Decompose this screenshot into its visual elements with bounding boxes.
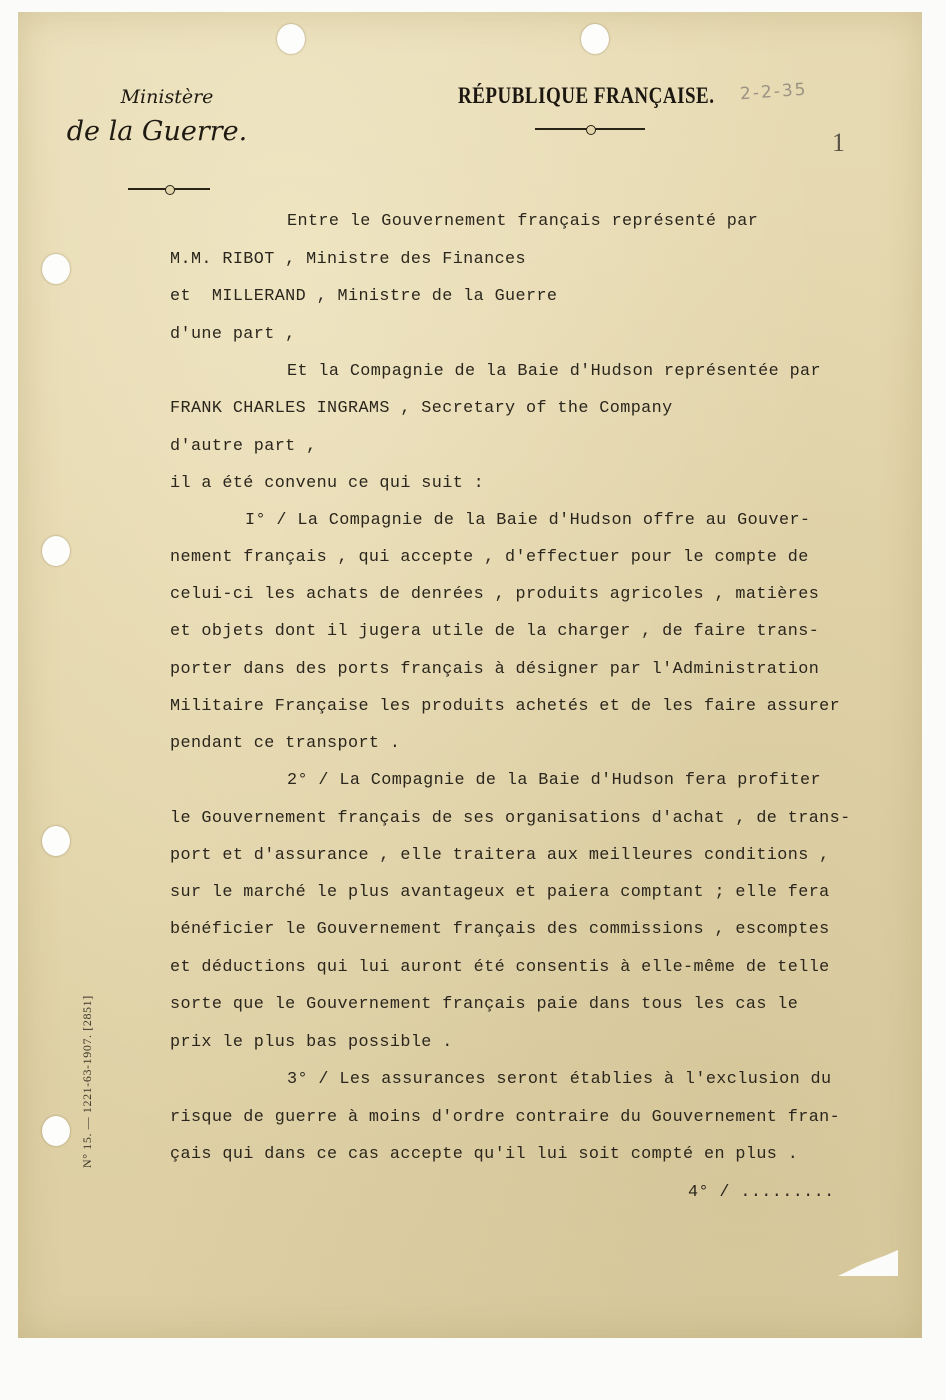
text-line: çais qui dans ce cas accepte qu'il lui s… [170, 1145, 798, 1164]
text-line: le Gouvernement français de ses organisa… [170, 809, 851, 828]
text-line: nement français , qui accepte , d'effect… [170, 548, 809, 567]
punch-hole [42, 536, 70, 566]
text-line: Et la Compagnie de la Baie d'Hudson repr… [287, 362, 821, 381]
republic-heading: RÉPUBLIQUE FRANÇAISE. [458, 84, 714, 110]
text-line: il a été convenu ce qui suit : [170, 474, 484, 493]
torn-corner [838, 1250, 898, 1276]
punch-hole [42, 254, 70, 284]
text-line: 2° / La Compagnie de la Baie d'Hudson fe… [287, 771, 821, 790]
text-line: sorte que le Gouvernement français paie … [170, 995, 798, 1014]
text-line: Militaire Française les produits achetés… [170, 697, 840, 716]
text-line: risque de guerre à moins d'ordre contrai… [170, 1108, 840, 1127]
ornament-divider-left [128, 188, 210, 190]
text-line: et objets dont il jugera utile de la cha… [170, 622, 819, 641]
text-line: pendant ce transport . [170, 734, 400, 753]
text-line: Entre le Gouvernement français représent… [287, 212, 758, 231]
page-number: 1 [832, 128, 845, 158]
ministry-line-1: Ministère [72, 86, 262, 108]
text-line: et MILLERAND , Ministre de la Guerre [170, 287, 557, 306]
ornament-divider-center [535, 128, 645, 130]
text-line: bénéficier le Gouvernement français des … [170, 920, 830, 939]
text-line: celui-ci les achats de denrées , produit… [170, 585, 819, 604]
text-line: sur le marché le plus avantageux et paie… [170, 883, 830, 902]
text-line: prix le plus bas possible . [170, 1033, 453, 1052]
text-line: FRANK CHARLES INGRAMS , Secretary of the… [170, 399, 673, 418]
text-line: I° / La Compagnie de la Baie d'Hudson of… [245, 511, 810, 530]
punch-hole [277, 24, 305, 54]
punch-hole [42, 1116, 70, 1146]
punch-hole [42, 826, 70, 856]
printer-imprint: N° 15. — 1221-63-1907. [2851] [80, 995, 95, 1168]
ministry-line-2: de la Guerre. [52, 116, 262, 147]
text-line: et déductions qui lui auront été consent… [170, 958, 830, 977]
text-line: d'une part , [170, 325, 296, 344]
text-line: port et d'assurance , elle traitera aux … [170, 846, 830, 865]
text-line: M.M. RIBOT , Ministre des Finances [170, 250, 526, 269]
text-line: d'autre part , [170, 437, 317, 456]
text-line: 3° / Les assurances seront établies à l'… [287, 1070, 831, 1089]
text-line: porter dans des ports français à désigne… [170, 660, 819, 679]
text-line: 4° / ......... [688, 1183, 835, 1202]
ministry-letterhead: Ministère de la Guerre. [82, 86, 262, 147]
punch-hole [581, 24, 609, 54]
